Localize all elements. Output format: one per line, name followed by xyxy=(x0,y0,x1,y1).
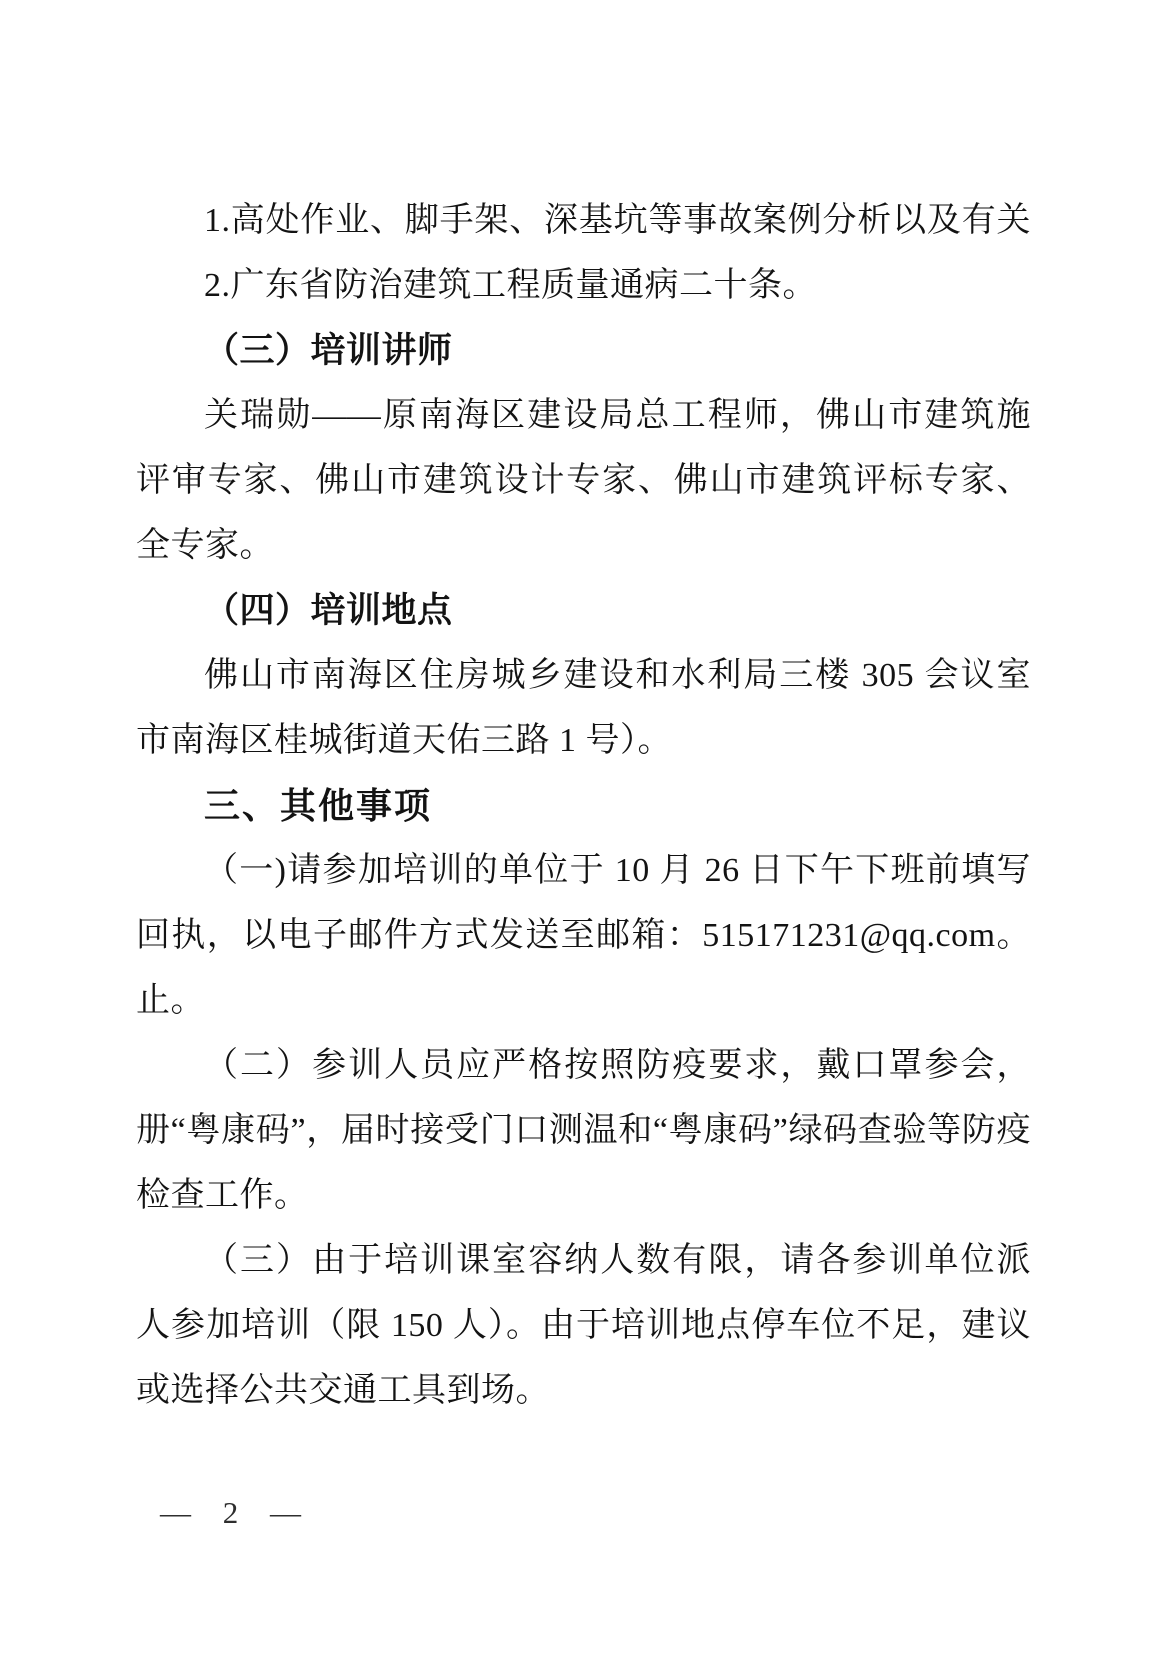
venue-paragraph-line-2: 市南海区桂城街道天佑三路 1 号）。 xyxy=(136,708,1031,773)
other-matters-item-2-line-2: 册“粤康码”，届时接受门口测温和“粤康码”绿码查验等防疫 xyxy=(136,1098,1031,1163)
other-matters-item-3-line-1: （三）由于培训课室容纳人数有限，请各参训单位派 1-2 xyxy=(136,1228,1031,1293)
document-body: 1.高处作业、脚手架、深基坑等事故案例分析以及有关规范； 2.广东省防治建筑工程… xyxy=(136,188,1031,1423)
lecturer-paragraph-line-3: 全专家。 xyxy=(136,513,1031,578)
section-heading-training-lecturer: （三）培训讲师 xyxy=(136,318,1031,383)
lecturer-paragraph-line-2: 评审专家、佛山市建筑设计专家、佛山市建筑评标专家、桂城安 xyxy=(136,448,1031,513)
other-matters-item-3-line-2: 人参加培训（限 150 人）。由于培训地点停车位不足，建议拼车 xyxy=(136,1293,1031,1358)
other-matters-item-1-line-2: 回执，以电子邮件方式发送至邮箱：515171231@qq.com。额满即 xyxy=(136,903,1031,968)
other-matters-item-3-line-3: 或选择公共交通工具到场。 xyxy=(136,1358,1031,1423)
course-item-1-line: 1.高处作业、脚手架、深基坑等事故案例分析以及有关规范； xyxy=(136,188,1031,253)
page-number: — 2 — xyxy=(160,1490,313,1535)
section-heading-other-matters: 三、其他事项 xyxy=(136,773,1031,838)
other-matters-item-1-line-1: （一)请参加培训的单位于 10 月 26 日下午下班前填写报名 xyxy=(136,838,1031,903)
other-matters-item-2-line-3: 检查工作。 xyxy=(136,1163,1031,1228)
course-item-2-line: 2.广东省防治建筑工程质量通病二十条。 xyxy=(136,253,1031,318)
other-matters-item-2-line-1: （二）参训人员应严格按照防疫要求，戴口罩参会，提前注 xyxy=(136,1033,1031,1098)
lecturer-paragraph-line-1: 关瑞勋——原南海区建设局总工程师，佛山市建筑施工安全 xyxy=(136,383,1031,448)
document-page: 1.高处作业、脚手架、深基坑等事故案例分析以及有关规范； 2.广东省防治建筑工程… xyxy=(0,0,1169,1660)
section-heading-training-venue: （四）培训地点 xyxy=(136,578,1031,643)
venue-paragraph-line-1: 佛山市南海区住房城乡建设和水利局三楼 305 会议室（佛山 xyxy=(136,643,1031,708)
other-matters-item-1-line-3: 止。 xyxy=(136,968,1031,1033)
